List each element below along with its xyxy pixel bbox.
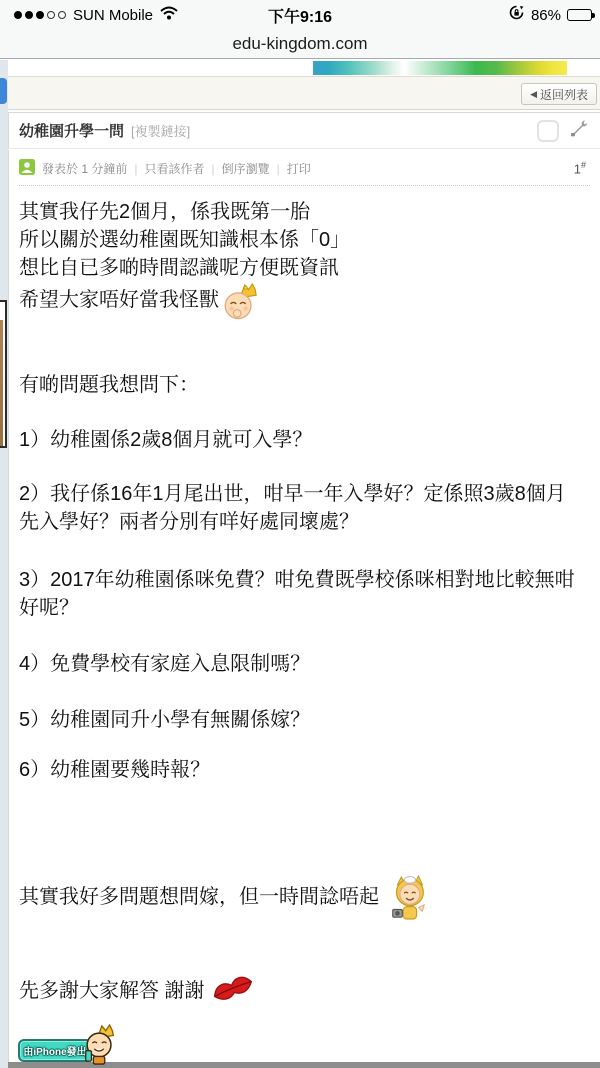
camera-baby-sticker [387, 873, 429, 933]
post-paragraph: 3）2017年幼稚園係咪免費？咁免費既學校係咪相對地比較無咁好呢？ [19, 566, 584, 622]
page-background-sliver [0, 60, 8, 1068]
post-paragraph: 4）免費學校有家庭入息限制嗎？ [19, 650, 584, 678]
post-paragraph: 2）我仔係16年1月尾出世，咁早一年入學好？定係照3歲8個月先入學好？兩者分別有… [19, 480, 584, 536]
posted-time-label: 發表於 1 分鐘前 [42, 160, 127, 177]
print-link[interactable]: 打印 [287, 160, 311, 177]
post-paragraph: 1）幼稚園係2歲8個月就可入學？ [19, 426, 584, 454]
banner-image-strip [313, 61, 567, 75]
separator: | [134, 162, 137, 176]
battery-icon [567, 9, 592, 21]
post-paragraph: 其實我好多問題想問嫁，但一時間諗唔起 [19, 873, 584, 933]
clipped-blue-button-fragment [0, 78, 7, 104]
url-field[interactable]: edu-kingdom.com [232, 34, 367, 54]
post-paragraph: 其實我仔先2個月，係我既第一胎 所以關於選幼稚園既知識根本係「0」 想比自已多啲… [19, 198, 584, 328]
post-paragraph: 有啲問題我想問下： [19, 371, 584, 399]
orientation-lock-icon [508, 4, 525, 26]
battery-percent-label: 86% [531, 7, 561, 24]
crown-baby-phone-sticker [80, 1024, 120, 1068]
separator: | [211, 162, 214, 176]
post-meta-row: 發表於 1 分鐘前 | 只看該作者 | 倒序瀏覽 | 打印 1# [9, 150, 600, 178]
crown-baby-sticker [221, 282, 259, 328]
forum-toolbar: ◀ 返回列表 [8, 76, 600, 110]
back-to-list-label: 返回列表 [540, 86, 588, 103]
edit-wrench-icon[interactable] [569, 119, 588, 143]
floor-number[interactable]: 1# [574, 160, 586, 176]
sent-from-iphone-badge: 由iPhone發出 [18, 1039, 92, 1062]
copy-link-button[interactable]: [複製鏈接] [131, 121, 190, 140]
post-container: 發表於 1 分鐘前 | 只看該作者 | 倒序瀏覽 | 打印 1# 其實我仔先2個… [8, 150, 600, 1062]
browser-url-bar[interactable]: edu-kingdom.com [0, 30, 600, 59]
clipped-image-fragment [0, 300, 7, 448]
back-to-list-button[interactable]: ◀ 返回列表 [521, 83, 597, 105]
post-paragraph: 先多謝大家解答 謝謝 [19, 972, 584, 1014]
post-paragraph: 6）幼稚園要幾時報？ [19, 756, 584, 784]
status-bar: SUN Mobile 下午9:16 86% [0, 0, 600, 30]
select-post-checkbox[interactable] [537, 120, 559, 142]
view-author-link[interactable]: 只看該作者 [144, 160, 204, 177]
post-paragraph: 5）幼稚園同升小學有無關係嫁？ [19, 706, 584, 734]
post-body: 其實我仔先2個月，係我既第一胎 所以關於選幼稚園既知識根本係「0」 想比自已多啲… [9, 186, 600, 1014]
thread-title: 幼稚園升學一問 [19, 120, 124, 141]
reverse-order-link[interactable]: 倒序瀏覽 [222, 160, 270, 177]
back-arrow-icon: ◀ [530, 89, 537, 100]
separator: | [277, 162, 280, 176]
sent-from-iphone-label: 由iPhone發出 [23, 1043, 86, 1058]
thread-title-bar: 幼稚園升學一問 [複製鏈接] [8, 112, 600, 149]
red-lips-kiss-sticker [209, 972, 257, 1014]
member-avatar-icon[interactable] [19, 159, 35, 178]
